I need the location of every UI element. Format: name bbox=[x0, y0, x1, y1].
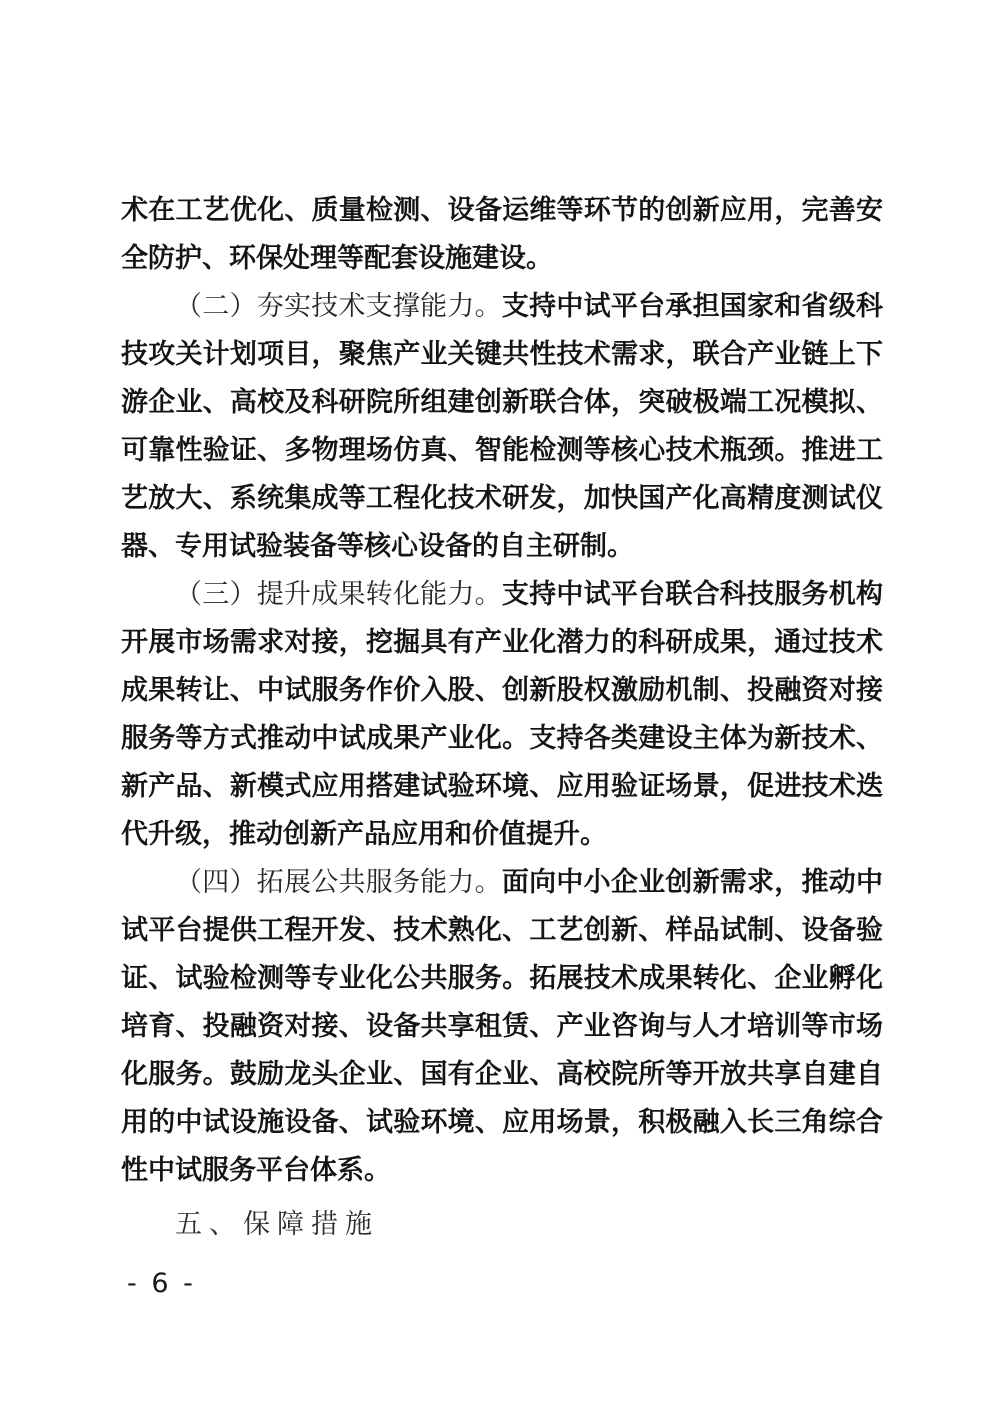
body-line-text: 支持中试平台联合科技服务机构 bbox=[502, 579, 883, 610]
body-line: 证、试验检测等专业化公共服务。拓展技术成果转化、企业孵化 bbox=[121, 955, 883, 1003]
section-heading: 五、保障措施 bbox=[121, 1201, 883, 1249]
subsection-heading: （四）拓展公共服务能力。 bbox=[175, 867, 502, 898]
body-line: 全防护、环保处理等配套设施建设。 bbox=[121, 235, 883, 283]
body-line: 试平台提供工程开发、技术熟化、工艺创新、样品试制、设备验 bbox=[121, 907, 883, 955]
body-line-text: 支持中试平台承担国家和省级科 bbox=[502, 291, 883, 322]
document-body: 术在工艺优化、质量检测、设备运维等环节的创新应用，完善安 全防护、环保处理等配套… bbox=[121, 187, 883, 1249]
body-line: 术在工艺优化、质量检测、设备运维等环节的创新应用，完善安 bbox=[121, 187, 883, 235]
body-line: （四）拓展公共服务能力。面向中小企业创新需求，推动中 bbox=[121, 859, 883, 907]
body-line: 培育、投融资对接、设备共享租赁、产业咨询与人才培训等市场 bbox=[121, 1003, 883, 1051]
body-line: 技攻关计划项目，聚焦产业关键共性技术需求，联合产业链上下 bbox=[121, 331, 883, 379]
page-number: - 6 - bbox=[127, 1266, 196, 1302]
body-line: （二）夯实技术支撑能力。支持中试平台承担国家和省级科 bbox=[121, 283, 883, 331]
body-line: 化服务。鼓励龙头企业、国有企业、高校院所等开放共享自建自 bbox=[121, 1051, 883, 1099]
body-line: 代升级，推动创新产品应用和价值提升。 bbox=[121, 811, 883, 859]
subsection-heading: （三）提升成果转化能力。 bbox=[175, 579, 502, 610]
body-line: 服务等方式推动中试成果产业化。支持各类建设主体为新技术、 bbox=[121, 715, 883, 763]
body-line: 器、专用试验装备等核心设备的自主研制。 bbox=[121, 523, 883, 571]
body-line: 开展市场需求对接，挖掘具有产业化潜力的科研成果，通过技术 bbox=[121, 619, 883, 667]
body-line: （三）提升成果转化能力。支持中试平台联合科技服务机构 bbox=[121, 571, 883, 619]
body-line: 成果转让、中试服务作价入股、创新股权激励机制、投融资对接 bbox=[121, 667, 883, 715]
body-line: 用的中试设施设备、试验环境、应用场景，积极融入长三角综合 bbox=[121, 1099, 883, 1147]
document-page: 术在工艺优化、质量检测、设备运维等环节的创新应用，完善安 全防护、环保处理等配套… bbox=[0, 0, 1000, 1414]
subsection-heading: （二）夯实技术支撑能力。 bbox=[175, 291, 502, 322]
body-line-text: 面向中小企业创新需求，推动中 bbox=[502, 867, 883, 898]
body-line: 游企业、高校及科研院所组建创新联合体，突破极端工况模拟、 bbox=[121, 379, 883, 427]
body-line: 艺放大、系统集成等工程化技术研发，加快国产化高精度测试仪 bbox=[121, 475, 883, 523]
body-line: 可靠性验证、多物理场仿真、智能检测等核心技术瓶颈。推进工 bbox=[121, 427, 883, 475]
body-line: 性中试服务平台体系。 bbox=[121, 1147, 883, 1195]
body-line: 新产品、新模式应用搭建试验环境、应用验证场景，促进技术迭 bbox=[121, 763, 883, 811]
